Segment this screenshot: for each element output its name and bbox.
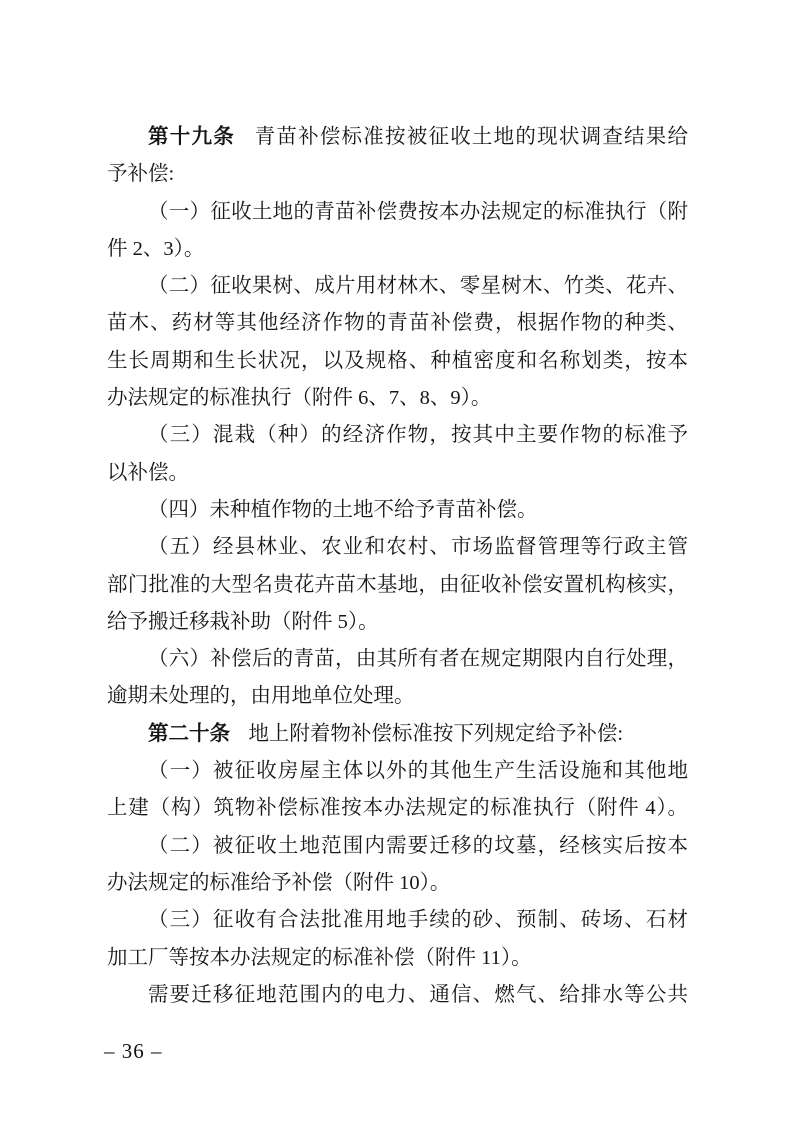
text-line: 生长周期和生长状况，以及规格、种植密度和名称划类，按本 [107, 343, 688, 380]
text-line: 苗木、药材等其他经济作物的青苗补偿费，根据作物的种类、 [107, 305, 688, 342]
text-line: （五）经县林业、农业和农村、市场监督管理等行政主管 [107, 529, 688, 566]
line-text: 件 2、3）。 [107, 238, 204, 260]
text-line: 第十九条青苗补偿标准按被征收土地的现状调查结果给 [107, 119, 688, 156]
text-line: （二）被征收土地范围内需要迁移的坟墓，经核实后按本 [107, 828, 688, 865]
line-text: 加工厂等按本办法规定的标准补偿（附件 11）。 [107, 947, 532, 969]
text-line: 办法规定的标准给予补偿（附件 10）。 [107, 865, 688, 902]
text-line: （四）未种植作物的土地不给予青苗补偿。 [107, 492, 688, 529]
line-text: 办法规定的标准执行（附件 6、7、8、9）。 [107, 387, 491, 409]
line-text: 上建（构）筑物补偿标准按本办法规定的标准执行（附件 4）。 [107, 797, 688, 819]
text-line: （三）征收有合法批准用地手续的砂、预制、砖场、石材 [107, 902, 688, 939]
line-text: （三）征收有合法批准用地手续的砂、预制、砖场、石材 [148, 909, 688, 931]
text-line: （三）混栽（种）的经济作物，按其中主要作物的标准予 [107, 417, 688, 454]
text-line: （六）补偿后的青苗，由其所有者在规定期限内自行处理， [107, 641, 688, 678]
line-text: 给予搬迁移栽补助（附件 5）。 [107, 611, 379, 633]
line-text: 予补偿: [107, 163, 174, 185]
line-text: （三）混栽（种）的经济作物，按其中主要作物的标准予 [148, 424, 688, 446]
document-body: 第十九条青苗补偿标准按被征收土地的现状调查结果给予补偿:（一）征收土地的青苗补偿… [107, 119, 688, 1014]
text-line: 加工厂等按本办法规定的标准补偿（附件 11）。 [107, 940, 688, 977]
line-text: 以补偿。 [107, 462, 189, 484]
text-line: 部门批准的大型名贵花卉苗木基地，由征收补偿安置机构核实， [107, 567, 688, 604]
text-line: 办法规定的标准执行（附件 6、7、8、9）。 [107, 380, 688, 417]
text-line: 第二十条地上附着物补偿标准按下列规定给予补偿: [107, 716, 688, 753]
line-text: 部门批准的大型名贵花卉苗木基地，由征收补偿安置机构核实， [107, 574, 688, 596]
line-text: （五）经县林业、农业和农村、市场监督管理等行政主管 [148, 536, 688, 558]
line-text: （一）征收土地的青苗补偿费按本办法规定的标准执行（附 [148, 201, 688, 223]
line-text: （二）征收果树、成片用材林木、零星树木、竹类、花卉、 [148, 275, 688, 297]
page-number: – 36 – [104, 1036, 163, 1066]
text-line: 上建（构）筑物补偿标准按本办法规定的标准执行（附件 4）。 [107, 790, 688, 827]
text-line: 需要迁移征地范围内的电力、通信、燃气、给排水等公共 [107, 977, 688, 1014]
text-line: 件 2、3）。 [107, 231, 688, 268]
text-line: 以补偿。 [107, 455, 688, 492]
text-line: （二）征收果树、成片用材林木、零星树木、竹类、花卉、 [107, 268, 688, 305]
line-text: （一）被征收房屋主体以外的其他生产生活设施和其他地 [148, 760, 688, 782]
article-number-label: 第十九条 [148, 126, 235, 148]
line-text: 青苗补偿标准按被征收土地的现状调查结果给 [253, 126, 688, 148]
line-text: 逾期未处理的，由用地单位处理。 [107, 685, 415, 707]
article-number-label: 第二十条 [148, 723, 230, 745]
line-text: 地上附着物补偿标准按下列规定给予补偿: [248, 723, 623, 745]
text-line: （一）征收土地的青苗补偿费按本办法规定的标准执行（附 [107, 194, 688, 231]
document-page: 第十九条青苗补偿标准按被征收土地的现状调查结果给予补偿:（一）征收土地的青苗补偿… [0, 0, 793, 1122]
line-text: 苗木、药材等其他经济作物的青苗补偿费，根据作物的种类、 [107, 312, 688, 334]
line-text: （四）未种植作物的土地不给予青苗补偿。 [148, 499, 538, 521]
text-line: 给予搬迁移栽补助（附件 5）。 [107, 604, 688, 641]
line-text: 需要迁移征地范围内的电力、通信、燃气、给排水等公共 [148, 984, 688, 1006]
line-text: 办法规定的标准给予补偿（附件 10）。 [107, 872, 450, 894]
line-text: （六）补偿后的青苗，由其所有者在规定期限内自行处理， [148, 648, 688, 670]
text-line: 逾期未处理的，由用地单位处理。 [107, 678, 688, 715]
line-text: （二）被征收土地范围内需要迁移的坟墓，经核实后按本 [148, 835, 688, 857]
text-line: （一）被征收房屋主体以外的其他生产生活设施和其他地 [107, 753, 688, 790]
line-text: 生长周期和生长状况，以及规格、种植密度和名称划类，按本 [107, 350, 688, 372]
text-line: 予补偿: [107, 156, 688, 193]
